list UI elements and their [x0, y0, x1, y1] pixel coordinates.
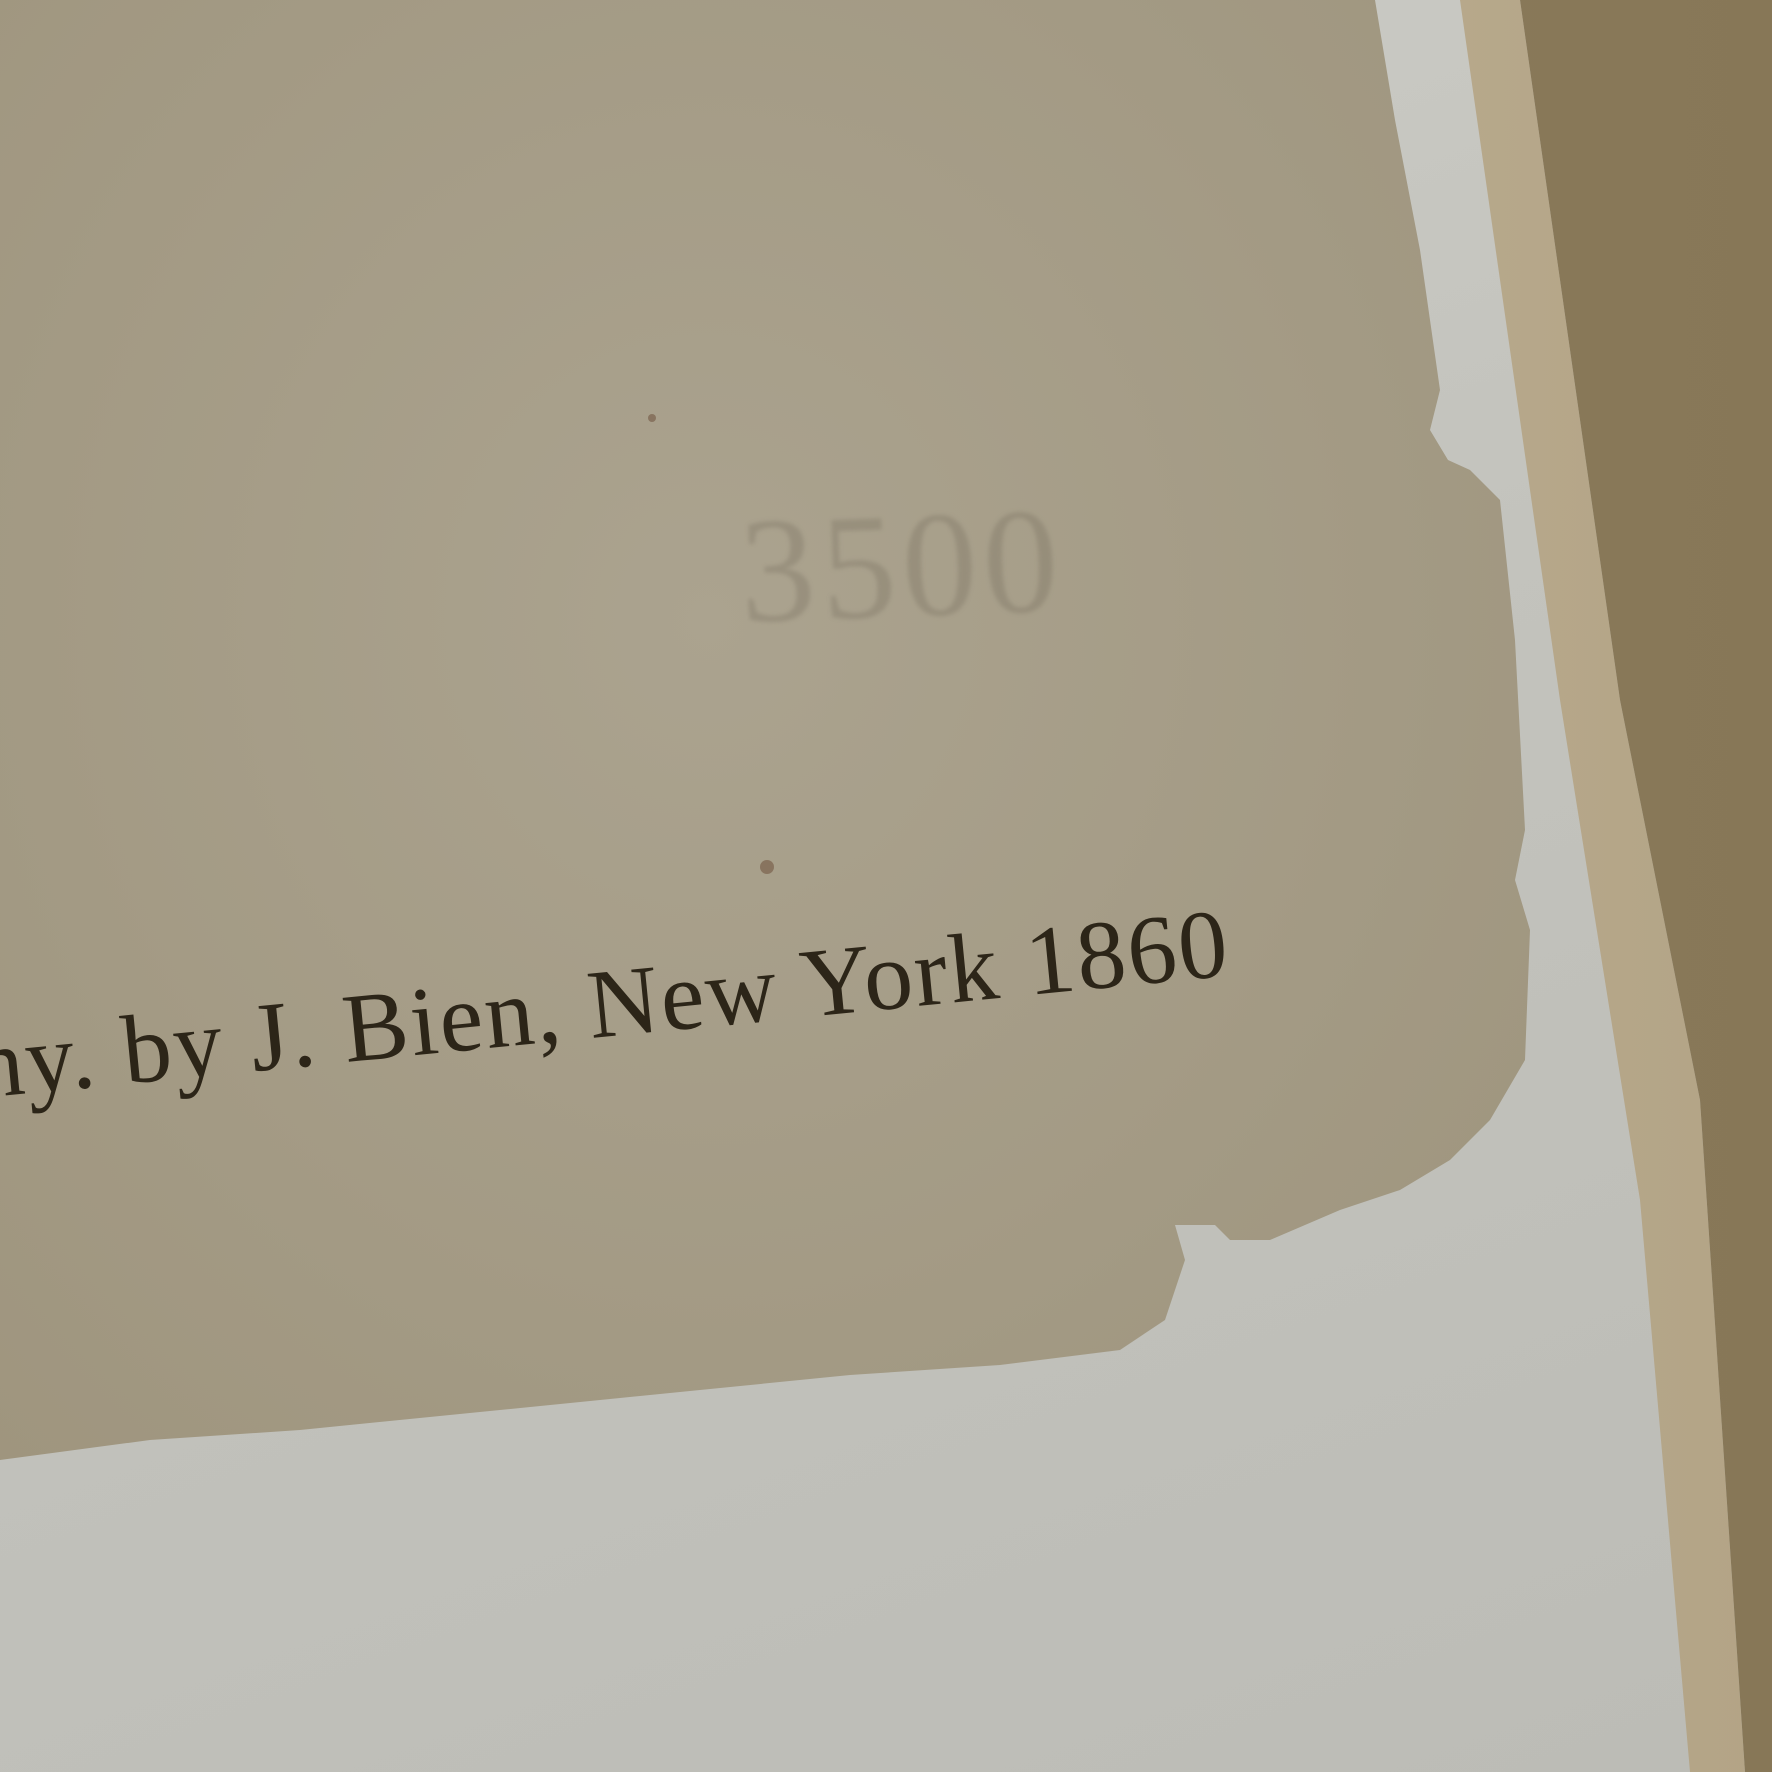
faint-pencil-mark: 3500 [737, 474, 1067, 657]
photo-scene: 3500 hy. by J. Bien, New York 1860 [0, 0, 1772, 1772]
foxing-spot [760, 860, 774, 874]
foxing-spot [648, 414, 656, 422]
